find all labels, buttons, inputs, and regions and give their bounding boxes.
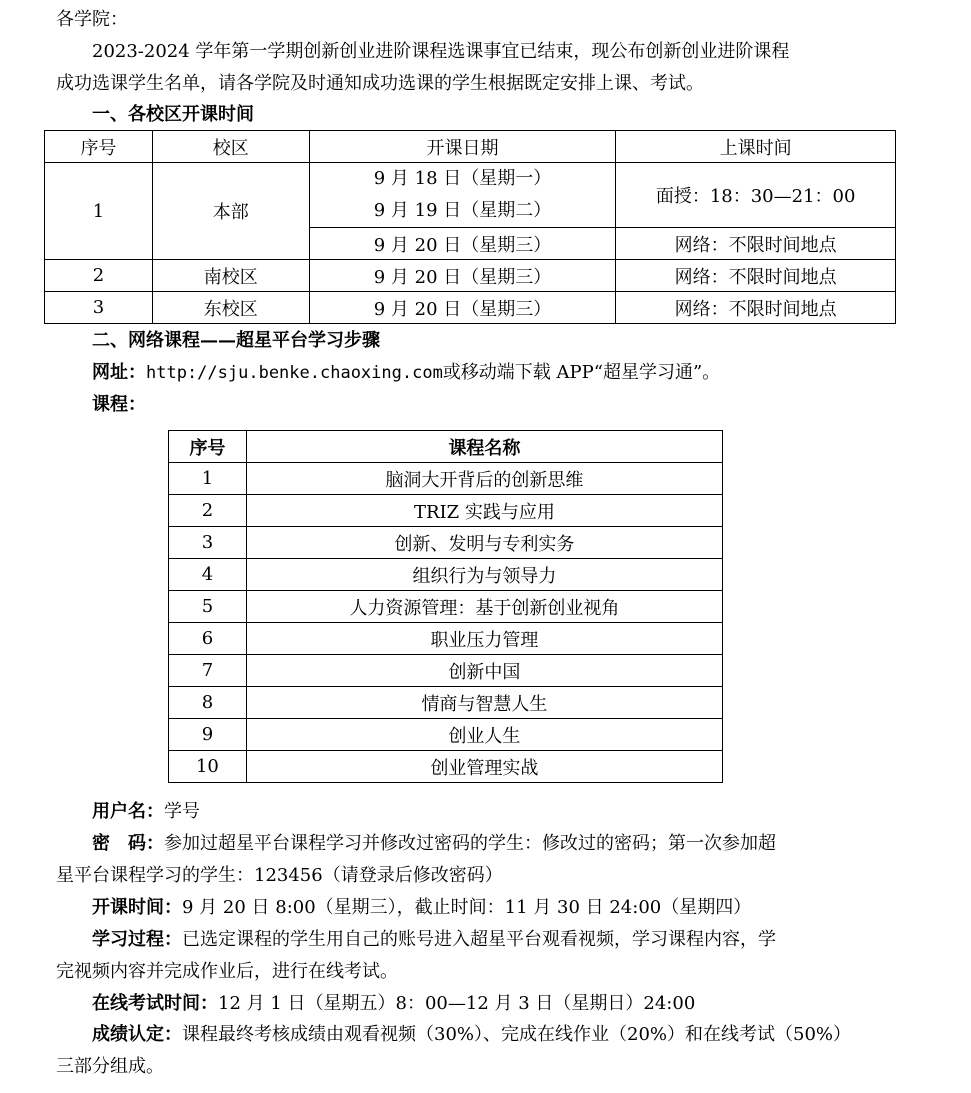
cell-no: 10 [169, 751, 247, 783]
cell-no: 3 [45, 292, 153, 324]
cell-course-name: 创新、发明与专利实务 [246, 527, 722, 559]
table-row: 3 东校区 9 月 20 日（星期三） 网络：不限时间地点 [45, 292, 896, 324]
cell-no: 7 [169, 655, 247, 687]
grading-line-1: 成绩认定：课程最终考核成绩由观看视频（30%）、完成在线作业（20%）和在线考试… [92, 1019, 851, 1051]
schedule-line: 开课时间：9 月 20 日 8:00（星期三），截止时间：11 月 30 日 2… [92, 892, 751, 924]
cell-date: 9 月 20 日（星期三） [309, 292, 616, 324]
table-row: 3创新、发明与专利实务 [169, 527, 723, 559]
section2-title: 二、网络课程——超星平台学习步骤 [92, 325, 380, 357]
process-text: 已选定课程的学生用自己的账号进入超星平台观看视频，学习课程内容，学 [182, 929, 776, 950]
cell-time: 面授：18：30—21：00 [616, 163, 896, 228]
grading-line-2: 三部分组成。 [56, 1051, 164, 1083]
username-label: 用户名： [92, 801, 164, 822]
table-row: 1 本部 9 月 18 日（星期一） 9 月 19 日（星期二） 面授：18：3… [45, 163, 896, 228]
intro-line-2: 成功选课学生名单，请各学院及时通知成功选课的学生根据既定安排上课、考试。 [56, 68, 704, 100]
cell-no: 8 [169, 687, 247, 719]
cell-no: 1 [169, 463, 247, 495]
password-label: 密 码： [92, 833, 164, 854]
table-row: 1脑洞大开背后的创新思维 [169, 463, 723, 495]
header-no: 序号 [45, 131, 153, 163]
courses-label: 课程： [92, 389, 146, 421]
cell-course-name: 职业压力管理 [246, 623, 722, 655]
cell-campus: 南校区 [152, 260, 309, 292]
date-line: 9 月 18 日（星期一） [310, 163, 616, 195]
cell-no: 4 [169, 559, 247, 591]
table-row: 2 南校区 9 月 20 日（星期三） 网络：不限时间地点 [45, 260, 896, 292]
cell-no: 1 [45, 163, 153, 260]
header-course-name: 课程名称 [246, 431, 722, 463]
schedule-value: 9 月 20 日 8:00（星期三），截止时间：11 月 30 日 24:00（… [182, 897, 751, 918]
cell-course-name: 组织行为与领导力 [246, 559, 722, 591]
password-line-2: 星平台课程学习的学生：123456（请登录后修改密码） [56, 860, 503, 892]
password-line-1: 密 码：参加过超星平台课程学习并修改过密码的学生：修改过的密码；第一次参加超 [92, 828, 776, 860]
header-campus: 校区 [152, 131, 309, 163]
grading-label: 成绩认定： [92, 1024, 182, 1045]
section1-title: 一、各校区开课时间 [92, 99, 254, 131]
exam-time-label: 在线考试时间： [92, 993, 218, 1014]
table-row: 2TRIZ 实践与应用 [169, 495, 723, 527]
cell-time: 网络：不限时间地点 [616, 292, 896, 324]
cell-time: 网络：不限时间地点 [616, 260, 896, 292]
cell-course-name: 人力资源管理：基于创新创业视角 [246, 591, 722, 623]
cell-course-name: 创业人生 [246, 719, 722, 751]
username-line: 用户名：学号 [92, 796, 200, 828]
grading-text: 课程最终考核成绩由观看视频（30%）、完成在线作业（20%）和在线考试（50%） [182, 1024, 851, 1045]
username-value: 学号 [164, 801, 200, 822]
table-header-row: 序号 校区 开课日期 上课时间 [45, 131, 896, 163]
table-row: 8情商与智慧人生 [169, 687, 723, 719]
cell-course-name: 脑洞大开背后的创新思维 [246, 463, 722, 495]
table-row: 7创新中国 [169, 655, 723, 687]
cell-course-name: TRIZ 实践与应用 [246, 495, 722, 527]
cell-campus: 东校区 [152, 292, 309, 324]
table-header-row: 序号 课程名称 [169, 431, 723, 463]
campus-schedule-table: 序号 校区 开课日期 上课时间 1 本部 9 月 18 日（星期一） 9 月 1… [44, 130, 896, 324]
url-label: 网址： [92, 362, 146, 383]
table-row: 5人力资源管理：基于创新创业视角 [169, 591, 723, 623]
process-label: 学习过程： [92, 929, 182, 950]
process-line-2: 完视频内容并完成作业后，进行在线考试。 [56, 956, 398, 988]
intro-line-1: 2023-2024 学年第一学期创新创业进阶课程选课事宜已结束，现公布创新创业进… [92, 36, 789, 68]
date-line: 9 月 19 日（星期二） [310, 195, 616, 227]
password-text: 参加过超星平台课程学习并修改过密码的学生：修改过的密码；第一次参加超 [164, 833, 776, 854]
process-line-1: 学习过程：已选定课程的学生用自己的账号进入超星平台观看视频，学习课程内容，学 [92, 924, 776, 956]
cell-no: 6 [169, 623, 247, 655]
url-suffix: 或移动端下载 APP“超星学习通”。 [443, 362, 720, 383]
cell-date: 9 月 20 日（星期三） [309, 260, 616, 292]
table-row: 6职业压力管理 [169, 623, 723, 655]
cell-time: 网络：不限时间地点 [616, 228, 896, 260]
table-row: 10创业管理实战 [169, 751, 723, 783]
header-date: 开课日期 [309, 131, 616, 163]
greeting: 各学院： [56, 4, 128, 36]
cell-no: 5 [169, 591, 247, 623]
cell-dates: 9 月 18 日（星期一） 9 月 19 日（星期二） [309, 163, 616, 228]
exam-time-line: 在线考试时间：12 月 1 日（星期五）8：00—12 月 3 日（星期日）24… [92, 988, 695, 1020]
cell-date: 9 月 20 日（星期三） [309, 228, 616, 260]
cell-no: 2 [169, 495, 247, 527]
header-time: 上课时间 [616, 131, 896, 163]
cell-course-name: 创新中国 [246, 655, 722, 687]
cell-course-name: 创业管理实战 [246, 751, 722, 783]
platform-url-link[interactable]: http://sju.benke.chaoxing.com [146, 363, 443, 383]
url-line: 网址：http://sju.benke.chaoxing.com或移动端下载 A… [92, 357, 720, 389]
schedule-label: 开课时间： [92, 897, 182, 918]
header-no: 序号 [169, 431, 247, 463]
cell-no: 9 [169, 719, 247, 751]
table-row: 4组织行为与领导力 [169, 559, 723, 591]
exam-time-value: 12 月 1 日（星期五）8：00—12 月 3 日（星期日）24:00 [218, 993, 695, 1014]
cell-campus: 本部 [152, 163, 309, 260]
cell-no: 3 [169, 527, 247, 559]
table-row: 9创业人生 [169, 719, 723, 751]
course-table: 序号 课程名称 1脑洞大开背后的创新思维 2TRIZ 实践与应用 3创新、发明与… [168, 430, 723, 783]
cell-no: 2 [45, 260, 153, 292]
cell-course-name: 情商与智慧人生 [246, 687, 722, 719]
